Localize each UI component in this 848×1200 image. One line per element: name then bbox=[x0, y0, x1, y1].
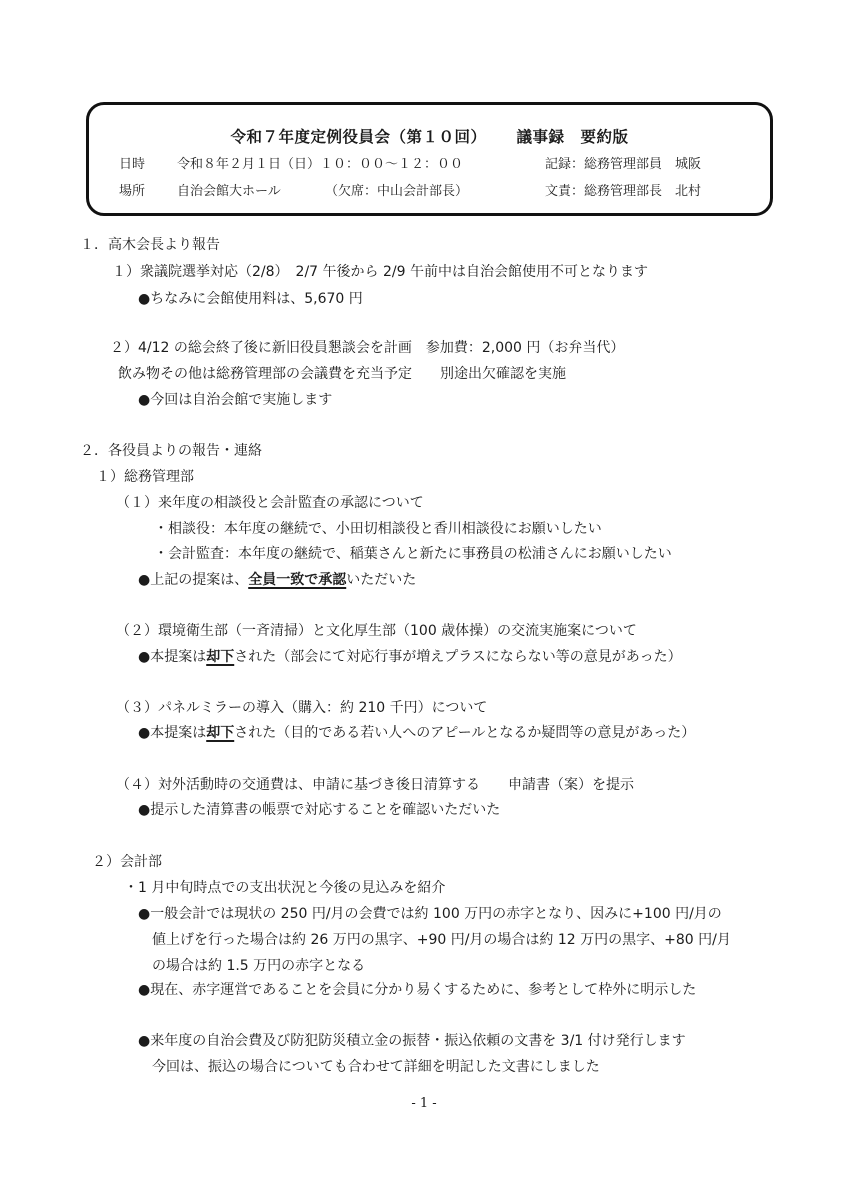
dept2-note1-line1: ●一般会計では現状の 250 円/月の会費では約 100 万円の赤字となり、因み… bbox=[138, 903, 722, 923]
note-text: された（目的である若い人へのアピールとなるか疑問等の意見があった） bbox=[234, 725, 695, 741]
note-text: ●上記の提案は、 bbox=[138, 572, 248, 588]
dept1-heading: １）総務管理部 bbox=[96, 466, 194, 486]
section1-item2-line2: 飲み物その他は総務管理部の会議費を充当予定 別途出欠確認を実施 bbox=[118, 363, 566, 383]
absent-note: （欠席：中山会計部長） bbox=[325, 180, 468, 199]
dept1-item2-note: ●本提案は却下された（部会にて対応行事が増えプラスにならない等の意見があった） bbox=[138, 646, 682, 666]
dept2-note1-line2: 値上げを行った場合は約 26 万円の黒字、+90 円/月の場合は約 12 万円の… bbox=[152, 929, 731, 949]
title-main: 令和７年度定例役員会（第１０回） bbox=[230, 128, 486, 146]
place-value: 自治会館大ホール bbox=[177, 180, 281, 199]
recorder: 記録：総務管理部員 城阪 bbox=[545, 153, 701, 172]
dept2-note1-line3: の場合は約 1.5 万円の赤字となる bbox=[152, 955, 365, 975]
title-sub: 議事録 要約版 bbox=[517, 128, 629, 146]
dept1-item3-note: ●本提案は却下された（目的である若い人へのアピールとなるか疑問等の意見があった） bbox=[138, 722, 695, 742]
dept1-item4-note: ●提示した清算書の帳票で対応することを確認いただいた bbox=[138, 799, 500, 819]
author: 文責：総務管理部長 北村 bbox=[545, 180, 701, 199]
note-text: ●本提案は bbox=[138, 725, 206, 741]
dept2-heading: ２）会計部 bbox=[92, 851, 162, 871]
section1-item2-note: ●今回は自治会館で実施します bbox=[138, 389, 332, 409]
header-box: 令和７年度定例役員会（第１０回）議事録 要約版 日時 令和８年２月１日（日）１０… bbox=[86, 102, 773, 216]
note-text: いただいた bbox=[346, 572, 416, 588]
dept1-item1-bullet2: ・会計監査：本年度の継続で、稲葉さんと新たに事務員の松浦さんにお願いしたい bbox=[154, 543, 672, 563]
dept1-item1: （１）来年度の相談役と会計監査の承認について bbox=[116, 492, 424, 512]
place-label: 場所 bbox=[119, 180, 145, 199]
dept2-bullet: ・1 月中旬時点での支出状況と今後の見込みを紹介 bbox=[124, 877, 445, 897]
section1-item1: １）衆議院選挙対応（2/8） 2/7 午後から 2/9 午前中は自治会館使用不可… bbox=[112, 261, 648, 281]
dept1-item3: （３）パネルミラーの導入（購入：約 210 千円）について bbox=[116, 697, 487, 717]
section1-item1-note: ●ちなみに会館使用料は、5,670 円 bbox=[138, 288, 363, 308]
emphasis-rejected: 却下 bbox=[206, 649, 234, 665]
emphasis-rejected: 却下 bbox=[206, 725, 234, 741]
date-label: 日時 bbox=[119, 153, 145, 172]
note-text: ●本提案は bbox=[138, 649, 206, 665]
dept1-item2: （２）環境衛生部（一斉清掃）と文化厚生部（100 歳体操）の交流実施案について bbox=[116, 620, 637, 640]
dept2-note2: ●現在、赤字運営であることを会員に分かり易くするために、参考として枠外に明示した bbox=[138, 979, 696, 999]
section1-heading: １．高木会長より報告 bbox=[80, 234, 220, 254]
dept1-item1-bullet1: ・相談役：本年度の継続で、小田切相談役と香川相談役にお願いしたい bbox=[154, 518, 602, 538]
dept2-note3-line2: 今回は、振込の場合についても合わせて詳細を明記した文書にしました bbox=[152, 1056, 600, 1076]
dept1-item4: （４）対外活動時の交通費は、申請に基づき後日清算する 申請書（案）を提示 bbox=[116, 774, 634, 794]
dept2-note3-line1: ●来年度の自治会費及び防犯防災積立金の振替・振込依頼の文書を 3/1 付け発行し… bbox=[138, 1030, 686, 1050]
emphasis-approved: 全員一致で承認 bbox=[248, 572, 346, 588]
section1-item2: ２）4/12 の総会終了後に新旧役員懇談会を計画 参加費：2,000 円（お弁当… bbox=[110, 337, 624, 357]
page-number: - 1 - bbox=[0, 1096, 848, 1111]
dept1-item1-note: ●上記の提案は、全員一致で承認いただいた bbox=[138, 569, 416, 589]
note-text: された（部会にて対応行事が増えプラスにならない等の意見があった） bbox=[234, 649, 681, 665]
section2-heading: ２．各役員よりの報告・連絡 bbox=[80, 440, 262, 460]
date-value: 令和８年２月１日（日）１０：００～１２：００ bbox=[177, 153, 463, 172]
document-title: 令和７年度定例役員会（第１０回）議事録 要約版 bbox=[89, 125, 770, 147]
